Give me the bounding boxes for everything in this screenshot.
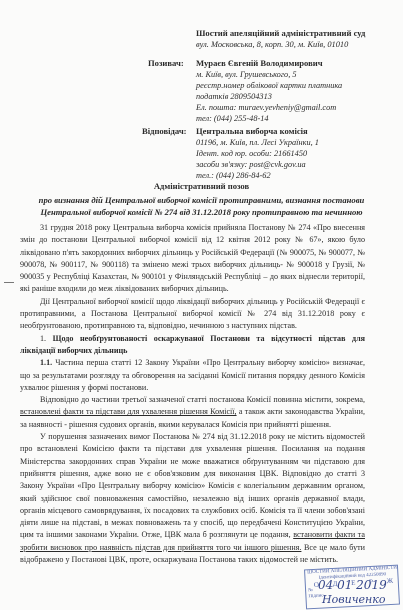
- paragraph-1-1: 1.1. Частина перша статті 12 Закону Укра…: [20, 357, 365, 394]
- paragraph-4-text-a: Відповідно до частини третьої зазначеної…: [40, 395, 365, 404]
- paragraph-4-underlined: встановлені факти та підстави для ухвале…: [20, 407, 237, 416]
- defendant-address: 01196, м. Київ, пл. Лесі Українки, 1: [196, 137, 319, 148]
- paragraph-1-1-text: Частина перша статті 12 Закону України «…: [20, 358, 365, 392]
- paragraph-5-text-a: У порушення зазначених вимог Постанова №…: [20, 432, 365, 539]
- defendant-contact: засоби зв'язку: post@cvk.gov.ua: [196, 159, 319, 170]
- stamp-date-handwritten: 04 01 2019: [318, 578, 387, 592]
- plaintiff-tax-label: реєстр.номер облікової картки платника: [196, 80, 342, 91]
- plaintiff-email[interactable]: Ел. пошта: muraev.yevheniy@gmail.com: [196, 102, 342, 113]
- subtitle-line-2: Центральної виборчої комісії № 274 від 3…: [0, 206, 403, 218]
- document-subtitle: про визнання дій Центральної виборчої ко…: [0, 194, 403, 218]
- section-1-number: 1.: [40, 334, 46, 343]
- plaintiff-address: м. Київ, вул. Грушевського, 5: [196, 69, 342, 80]
- plaintiff-phone: тел: (044) 255-48-14: [196, 113, 342, 124]
- document-body: 31 грудня 2018 року Центральна виборча к…: [20, 222, 365, 566]
- defendant-id-code: Ідент. код юр. особи: 21661450: [196, 148, 319, 159]
- court-address: вул. Московська, 8, корп. 30, м. Київ, 0…: [196, 39, 401, 50]
- paragraph-2: Дії Центральної виборчої комісії щодо лі…: [20, 296, 365, 333]
- paragraph-5: У порушення зазначених вимог Постанова №…: [20, 431, 365, 566]
- document-page: Шостий апеляційний адміністративний суд …: [0, 0, 403, 610]
- plaintiff-name: Мураєв Євгеній Володимирович: [196, 58, 342, 69]
- subtitle-line-1: про визнання дій Центральної виборчої ко…: [0, 194, 403, 206]
- paragraph-1: 31 грудня 2018 року Центральна виборча к…: [20, 222, 365, 296]
- court-name: Шостий апеляційний адміністративний суд: [196, 28, 401, 39]
- paragraph-4: Відповідно до частини третьої зазначеної…: [20, 394, 365, 431]
- defendant-label: Відповідач:: [142, 126, 187, 137]
- stamp-signature: Новиченко: [322, 593, 386, 606]
- defendant-name: Центральна виборча комісія: [196, 126, 319, 137]
- court-addressee: Шостий апеляційний адміністративний суд …: [196, 28, 401, 50]
- section-1-title: Щодо необґрунтованості оскаржуваної Пост…: [20, 334, 365, 355]
- paragraph-1-1-number: 1.1.: [40, 358, 52, 367]
- plaintiff-label: Позивач:: [148, 58, 184, 69]
- margin-mark: [4, 282, 14, 283]
- document-title: Адміністративний позов: [0, 181, 403, 191]
- defendant-phone: тел.: (044) 286-84-62: [196, 170, 319, 181]
- plaintiff-tax-number: податків 2809504313: [196, 91, 342, 102]
- section-1-heading: 1. Щодо необґрунтованості оскаржуваної П…: [20, 333, 365, 358]
